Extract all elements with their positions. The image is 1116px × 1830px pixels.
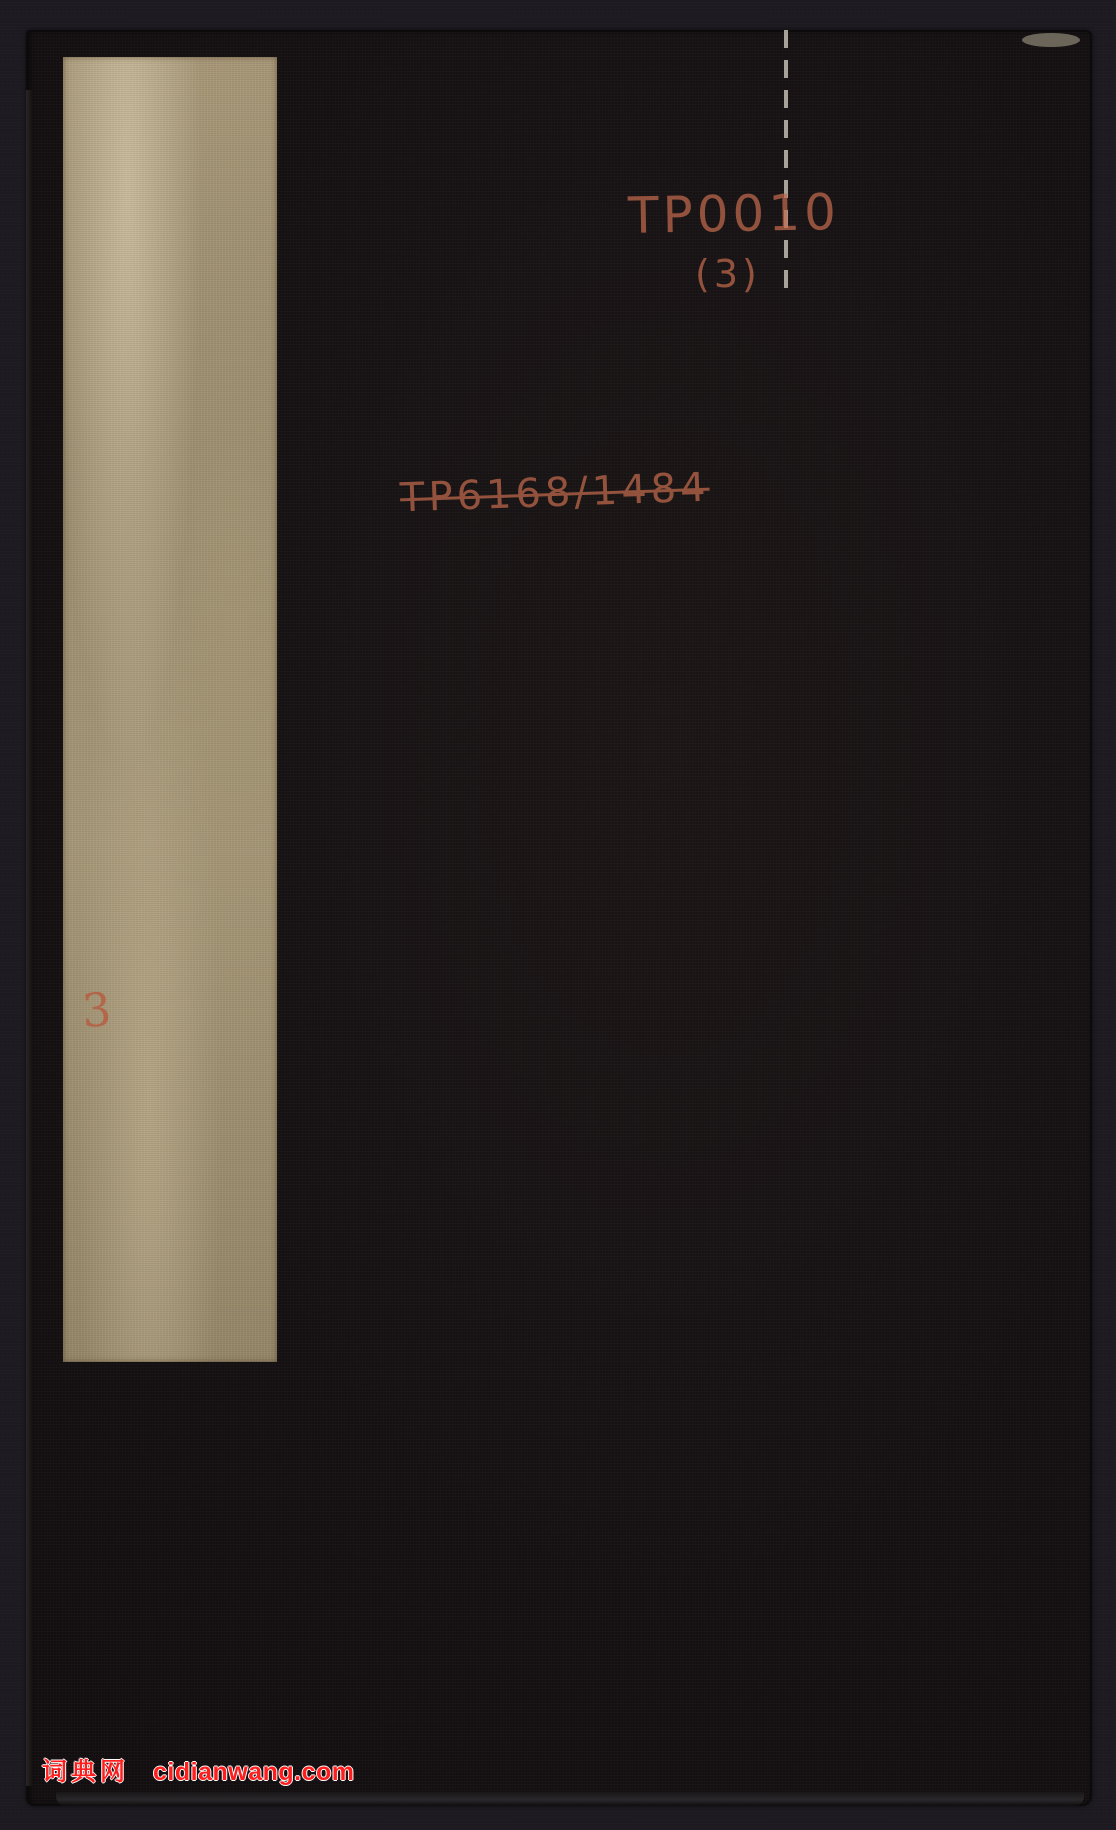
watermark-site: cidianwang.com: [153, 1758, 354, 1786]
cover-wear-chip: [1022, 33, 1080, 47]
watermark-cn: 词典网: [42, 1758, 129, 1786]
book-bottom-edge: [56, 1792, 1084, 1806]
scratch-line: [784, 30, 788, 300]
book-spine-edge: [26, 90, 32, 1786]
label-volume-mark: 3: [80, 982, 113, 1038]
watermark: 词典网cidianwang.com: [42, 1752, 355, 1788]
title-label-strip: [63, 57, 277, 1362]
volume-number: (3): [695, 252, 761, 296]
call-number: TP0010: [628, 183, 841, 245]
